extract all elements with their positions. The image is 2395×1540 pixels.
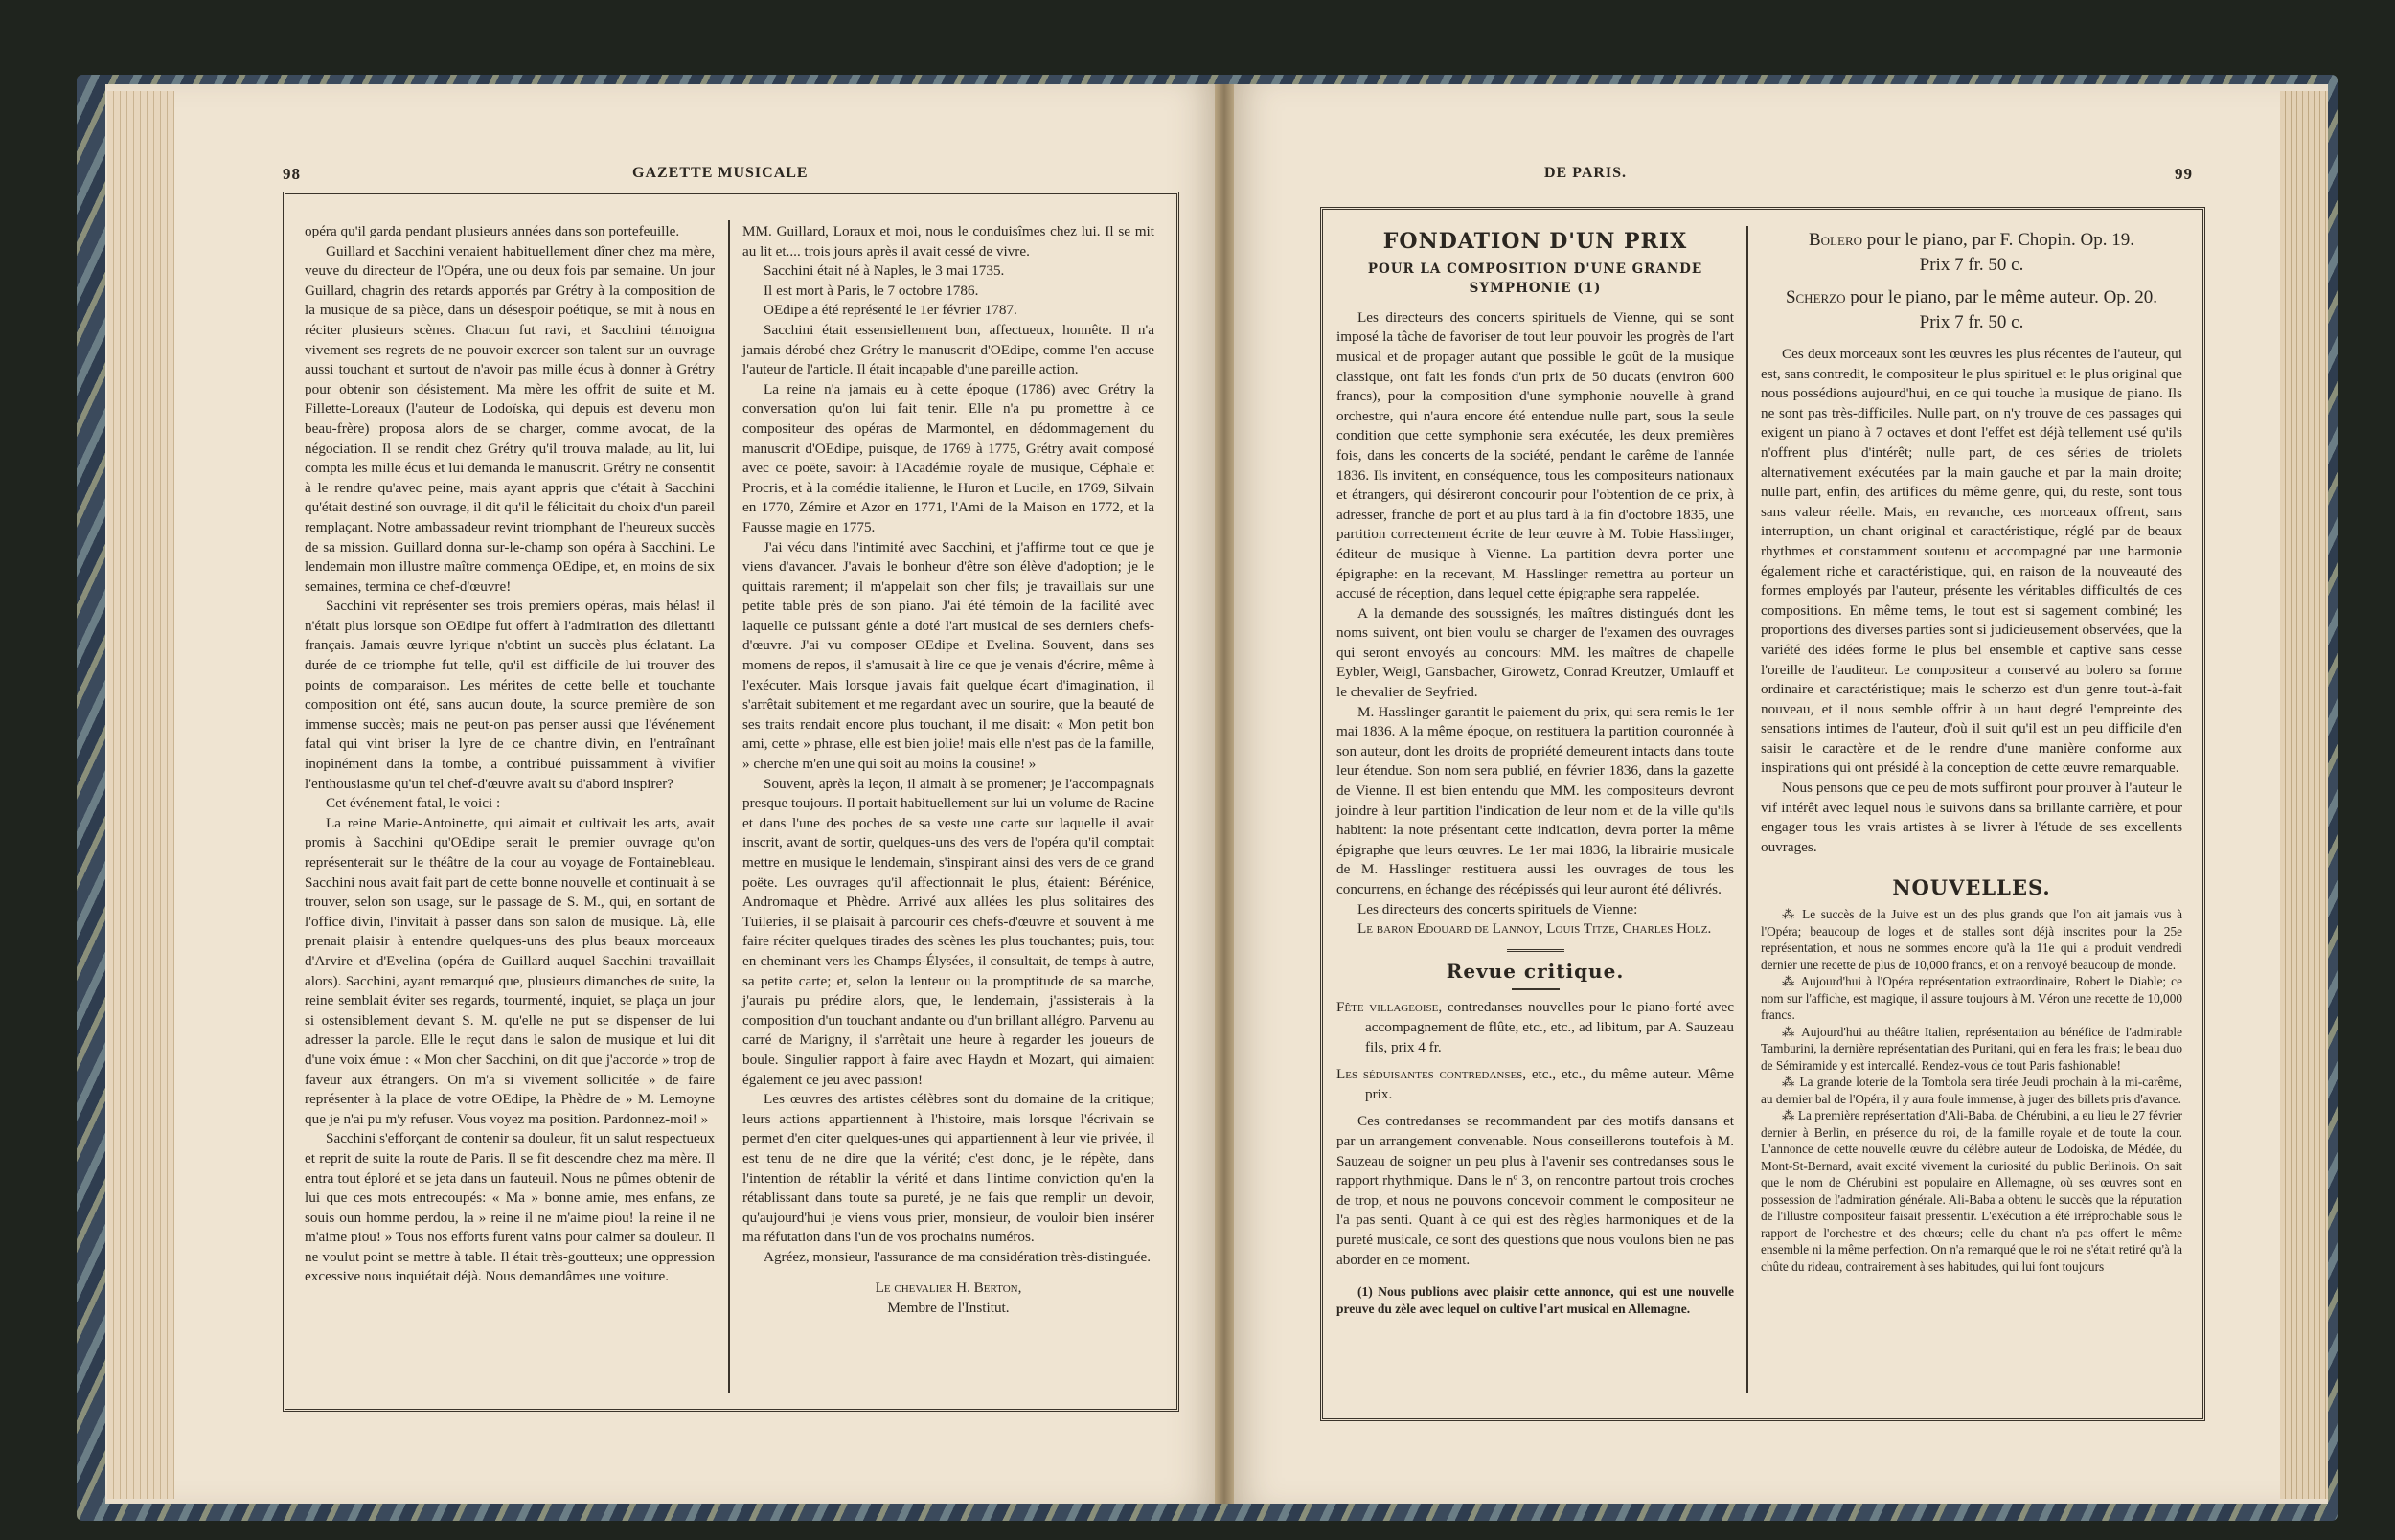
left-page-column-2: MM. Guillard, Loraux et moi, nous le con… xyxy=(742,222,1154,1319)
paragraph: La reine Marie-Antoinette, qui aimait et… xyxy=(305,814,715,1130)
news-item: ⁂ La grande loterie de la Tombola sera t… xyxy=(1761,1074,2182,1107)
review-item: Fête villageoise, contredanses nouvelles… xyxy=(1336,998,1734,1057)
signature-title: Membre de l'Institut. xyxy=(742,1299,1154,1319)
paragraph: Sacchini vit représenter ses trois premi… xyxy=(305,597,715,794)
right-page-column-2: Bolero pour le piano, par F. Chopin. Op.… xyxy=(1761,228,2182,1275)
paragraph: M. Hasslinger garantit le paiement du pr… xyxy=(1336,703,1734,900)
section-divider xyxy=(1507,949,1564,952)
paragraph: MM. Guillard, Loraux et moi, nous le con… xyxy=(742,222,1154,261)
paragraph: Sacchini s'efforçant de contenir sa doul… xyxy=(305,1129,715,1287)
review-item-title: Fête villageoise xyxy=(1336,999,1438,1015)
paragraph: Cet événement fatal, le voici : xyxy=(305,794,715,814)
paragraph: Sacchini était essensiellement bon, affe… xyxy=(742,321,1154,380)
signatories: Le baron Edouard de Lannoy, Louis Titze,… xyxy=(1336,919,1734,940)
review-item-title: Les séduisantes contredanses xyxy=(1336,1066,1522,1082)
article-title: FONDATION D'UN PRIX xyxy=(1336,232,1734,252)
page-number-right: 99 xyxy=(2175,165,2193,184)
listing-price: Prix 7 fr. 50 c. xyxy=(1761,310,2182,335)
paragraph: A la demande des soussignés, les maîtres… xyxy=(1336,604,1734,703)
paragraph: Les directeurs des concerts spirituels d… xyxy=(1336,308,1734,604)
paragraph: Agréez, monsieur, l'assurance de ma cons… xyxy=(742,1248,1154,1268)
news-item: ⁂ Le succès de la Juive est un des plus … xyxy=(1761,906,2182,973)
column-rule-left xyxy=(728,220,730,1393)
running-head-right: DE PARIS. xyxy=(1544,165,1627,182)
paragraph: Ces deux morceaux sont les œuvres les pl… xyxy=(1761,345,2182,779)
listing-title: Bolero xyxy=(1809,230,1862,250)
listing-text: pour le piano, par F. Chopin. Op. 19. xyxy=(1862,230,2134,250)
column-rule-right xyxy=(1746,226,1748,1393)
listing-text: pour le piano, par le même auteur. Op. 2… xyxy=(1846,287,2158,307)
footnote: (1) Nous publions avec plaisir cette ann… xyxy=(1336,1283,1734,1318)
review-item: Les séduisantes contredanses, etc., etc.… xyxy=(1336,1065,1734,1104)
review-title: Revue critique. xyxy=(1336,962,1734,982)
signature-name-text: Le chevalier H. Berton, xyxy=(876,1280,1022,1296)
news-list: ⁂ Le succès de la Juive est un des plus … xyxy=(1761,906,2182,1275)
paragraph: Souvent, après la leçon, il aimait à se … xyxy=(742,775,1154,1091)
paragraph: Nous pensons que ce peu de mots suffiron… xyxy=(1761,779,2182,857)
listing-price: Prix 7 fr. 50 c. xyxy=(1761,253,2182,278)
paragraph: opéra qu'il garda pendant plusieurs anné… xyxy=(305,222,715,242)
page-edges-right xyxy=(2280,91,2328,1499)
left-page-column-1: opéra qu'il garda pendant plusieurs anné… xyxy=(305,222,715,1287)
paragraph: Il est mort à Paris, le 7 octobre 1786. xyxy=(742,282,1154,302)
book-gutter xyxy=(1215,84,1234,1504)
page-edges-left xyxy=(107,91,174,1499)
news-item: ⁂ La première représentation d'Ali-Baba,… xyxy=(1761,1107,2182,1275)
paragraph: Sacchini était né à Naples, le 3 mai 173… xyxy=(742,261,1154,282)
paragraph: J'ai vécu dans l'intimité avec Sacchini,… xyxy=(742,538,1154,775)
paragraph: Ces contredanses se recommandent par des… xyxy=(1336,1112,1734,1270)
news-title: NOUVELLES. xyxy=(1761,878,2182,898)
right-page-column-1: FONDATION D'UN PRIX POUR LA COMPOSITION … xyxy=(1336,228,1734,1318)
listing-scherzo: Scherzo pour le piano, par le même auteu… xyxy=(1761,285,2182,310)
title-underline xyxy=(1512,988,1560,990)
paragraph: Les œuvres des artistes célèbres sont du… xyxy=(742,1090,1154,1248)
news-item: ⁂ Aujourd'hui au théâtre Italien, représ… xyxy=(1761,1024,2182,1075)
page-number-left: 98 xyxy=(283,165,301,184)
paragraph: La reine n'a jamais eu à cette époque (1… xyxy=(742,380,1154,538)
paragraph: Guillard et Sacchini venaient habituelle… xyxy=(305,242,715,598)
news-item: ⁂ Aujourd'hui à l'Opéra représentation e… xyxy=(1761,973,2182,1024)
paragraph: OEdipe a été représenté le 1er février 1… xyxy=(742,301,1154,321)
signature-name: Le chevalier H. Berton, xyxy=(742,1279,1154,1299)
running-head-left: GAZETTE MUSICALE xyxy=(632,165,809,182)
article-subtitle: POUR LA COMPOSITION D'UNE GRANDE SYMPHON… xyxy=(1336,260,1734,299)
listing-title: Scherzo xyxy=(1786,287,1846,307)
listing-bolero: Bolero pour le piano, par F. Chopin. Op.… xyxy=(1761,228,2182,253)
signoff: Les directeurs des concerts spirituels d… xyxy=(1336,900,1734,920)
